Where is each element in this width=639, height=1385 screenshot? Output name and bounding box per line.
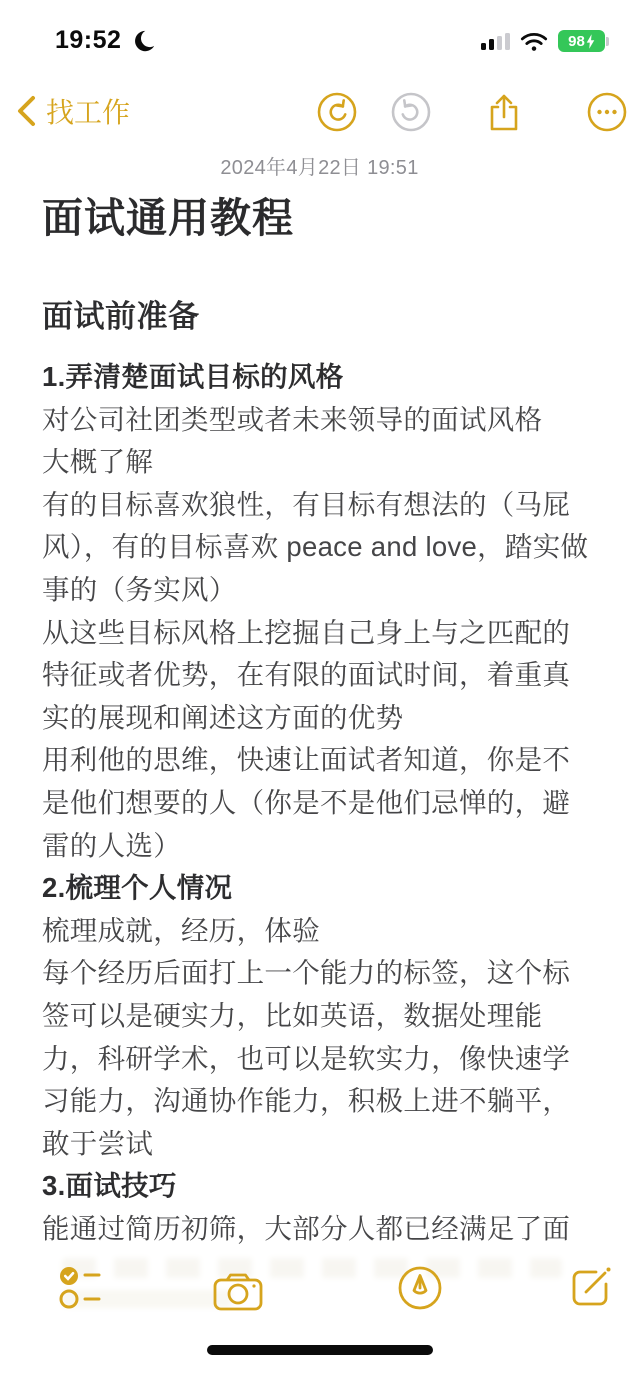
numbered-heading: 2.梳理个人情况 — [42, 867, 607, 910]
battery-charging-icon: 98 — [558, 30, 609, 52]
nav-bar: 找工作 — [0, 88, 639, 142]
charging-bolt-icon — [586, 34, 595, 49]
body-line: 从这些目标风格上挖掘自己身上与之匹配的 — [42, 612, 607, 655]
body-line: 签可以是硬实力，比如英语，数据处理能 — [42, 995, 607, 1038]
body-line: 是他们想要的人（你是不是他们忌惮的，避 — [42, 782, 607, 825]
body-line: 大概了解 — [42, 441, 607, 484]
note-body[interactable]: 面试前准备1.弄清楚面试目标的风格对公司社团类型或者未来领导的面试风格大概了解有… — [42, 297, 607, 1250]
notes-app-screen: 19:52 98 — [0, 0, 639, 1385]
body-line: 实的展现和阐述这方面的优势 — [42, 697, 607, 740]
bottom-toolbar — [0, 1248, 639, 1338]
numbered-heading: 1.弄清楚面试目标的风格 — [42, 356, 607, 399]
cellular-signal-icon — [481, 32, 510, 50]
clock-time: 19:52 — [55, 26, 121, 55]
body-line: 对公司社团类型或者未来领导的面试风格 — [42, 399, 607, 442]
body-line: 有的目标喜欢狼性，有目标有想法的（马屁 — [42, 484, 607, 527]
body-line: 习能力，沟通协作能力，积极上进不躺平， — [42, 1080, 607, 1123]
undo-button[interactable] — [315, 90, 359, 134]
compose-note-button[interactable] — [564, 1262, 616, 1314]
section-heading: 面试前准备 — [42, 297, 607, 337]
status-bar: 19:52 98 — [0, 0, 639, 64]
redo-button[interactable] — [389, 90, 433, 134]
note-title: 面试通用教程 — [42, 185, 294, 244]
body-line: 能通过简历初筛，大部分人都已经满足了面 — [42, 1208, 607, 1251]
note-timestamp: 2024年4月22日 19:51 — [0, 151, 639, 180]
body-line: 梳理成就，经历，体验 — [42, 910, 607, 953]
more-button[interactable] — [585, 90, 629, 134]
back-button[interactable]: 找工作 — [16, 91, 130, 131]
back-label: 找工作 — [46, 91, 130, 131]
numbered-heading: 3.面试技巧 — [42, 1165, 607, 1208]
battery-percent: 98 — [568, 33, 585, 50]
markup-pen-button[interactable] — [394, 1262, 446, 1314]
chevron-left-icon — [16, 95, 38, 127]
body-line: 力，科研学术，也可以是软实力，像快速学 — [42, 1038, 607, 1081]
checklist-button[interactable] — [58, 1262, 110, 1314]
home-indicator[interactable] — [207, 1345, 433, 1355]
body-line: 雷的人选） — [42, 825, 607, 868]
body-line: 风），有的目标喜欢 peace and love，踏实做 — [42, 526, 607, 569]
body-line: 敢于尝试 — [42, 1123, 607, 1166]
wifi-icon — [520, 31, 548, 52]
body-line: 每个经历后面打上一个能力的标签，这个标 — [42, 952, 607, 995]
body-line: 特征或者优势，在有限的面试时间，着重真 — [42, 654, 607, 697]
body-line: 用利他的思维，快速让面试者知道，你是不 — [42, 739, 607, 782]
body-line: 事的（务实风） — [42, 569, 607, 612]
camera-button[interactable] — [212, 1266, 264, 1318]
focus-moon-icon — [131, 28, 157, 54]
share-button[interactable] — [482, 90, 526, 134]
